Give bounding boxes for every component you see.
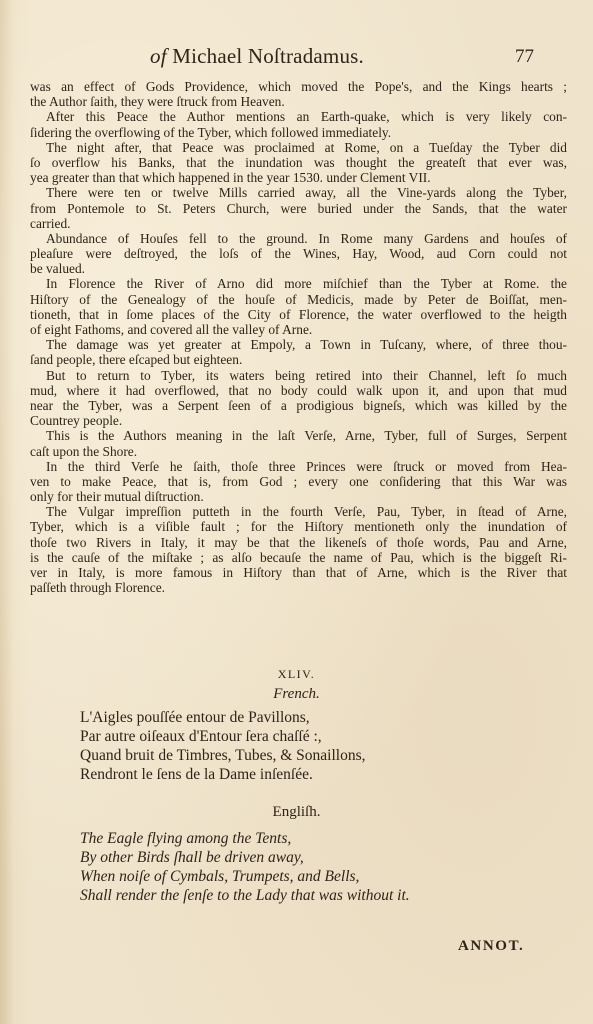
text-line: In the third Verſe he ſaith, thoſe three… — [30, 459, 567, 474]
english-verse-line: When noiſe of Cymbals, Trumpets, and Bel… — [80, 867, 410, 886]
french-verse-line: Rendront le ſens de la Dame inſenſée. — [80, 765, 366, 784]
text-line: only for their mutual diſtruction. — [30, 489, 567, 504]
running-title-text: Michael Noſtradamus. — [167, 44, 364, 68]
text-line: ſidering the overflowing of the Tyber, w… — [30, 125, 567, 140]
english-verse-line: Shall render the ſenſe to the Lady that … — [80, 886, 410, 905]
page-number: 77 — [515, 46, 534, 68]
text-line: The damage was yet greater at Empoly, a … — [30, 337, 567, 352]
french-verse: L'Aigles pouſſée entour de Pavillons,Par… — [80, 708, 366, 784]
text-line: The Vulgar impreſſion putteth in the fou… — [30, 504, 567, 519]
page-header: of Michael Noſtradamus. 77 — [0, 44, 593, 74]
text-line: ven to make Peace, that is, from God ; e… — [30, 474, 567, 489]
text-line: the Author ſaith, they were ſtruck from … — [30, 94, 567, 109]
text-line: Abundance of Houſes fell to the ground. … — [30, 231, 567, 246]
text-line: yea greater than that which happened in … — [30, 170, 567, 185]
text-line: pleaſure were deſtroyed, the loſs of the… — [30, 246, 567, 261]
english-label: Engliſh. — [0, 804, 593, 821]
text-line: Hiſtory of the Genealogy of the houſe of… — [30, 292, 567, 307]
english-verse-line: By other Birds ſhall be driven away, — [80, 848, 410, 867]
running-title-prefix: of — [150, 44, 167, 68]
text-line: from Pontemole to St. Peters Church, wer… — [30, 201, 567, 216]
text-line: was an effect of Gods Providence, which … — [30, 79, 567, 94]
body-text: was an effect of Gods Providence, which … — [30, 79, 567, 595]
text-line: tioneth, that in ſome places of the City… — [30, 307, 567, 322]
text-line: Tyber, which is a viſible fault ; for th… — [30, 519, 567, 534]
french-verse-line: L'Aigles pouſſée entour de Pavillons, — [80, 708, 366, 727]
text-line: is the cauſe of the miſtake ; as alſo be… — [30, 550, 567, 565]
text-line: near the Tyber, was a Serpent ſeen of a … — [30, 398, 567, 413]
text-line: thoſe two Rivers in Italy, it may be tha… — [30, 535, 567, 550]
french-verse-line: Quand bruit de Timbres, Tubes, & Sonaill… — [80, 746, 366, 765]
text-line: ſand people, there eſcaped but eighteen. — [30, 352, 567, 367]
text-line: ver in Italy, is more famous in Hiſtory … — [30, 565, 567, 580]
text-line: of eight Fathoms, and covered all the va… — [30, 322, 567, 337]
running-title: of Michael Noſtradamus. — [150, 44, 364, 69]
text-line: The night after, that Peace was proclaim… — [30, 140, 567, 155]
text-line: be valued. — [30, 261, 567, 276]
text-line: caſt upon the Shore. — [30, 444, 567, 459]
text-line: ſo overflow his Banks, that the inundati… — [30, 155, 567, 170]
text-line: In Florence the River of Arno did more m… — [30, 276, 567, 291]
text-line: There were ten or twelve Mills carried a… — [30, 185, 567, 200]
text-line: carried. — [30, 216, 567, 231]
english-verse-line: The Eagle flying among the Tents, — [80, 829, 410, 848]
text-line: After this Peace the Author mentions an … — [30, 109, 567, 124]
text-line: This is the Authors meaning in the laſt … — [30, 428, 567, 443]
text-line: But to return to Tyber, its waters being… — [30, 368, 567, 383]
text-line: Countrey people. — [30, 413, 567, 428]
text-line: paſſeth through Florence. — [30, 580, 567, 595]
french-verse-line: Par autre oiſeaux d'Entour ſera chaſſé :… — [80, 727, 366, 746]
catchword: ANNOT. — [458, 938, 524, 955]
book-page: of Michael Noſtradamus. 77 was an effect… — [0, 0, 593, 1024]
english-verse: The Eagle flying among the Tents,By othe… — [80, 829, 410, 905]
french-label: French. — [0, 686, 593, 703]
text-line: mud, where it had overflowed, that no bo… — [30, 383, 567, 398]
quatrain-number: XLIV. — [0, 667, 593, 682]
